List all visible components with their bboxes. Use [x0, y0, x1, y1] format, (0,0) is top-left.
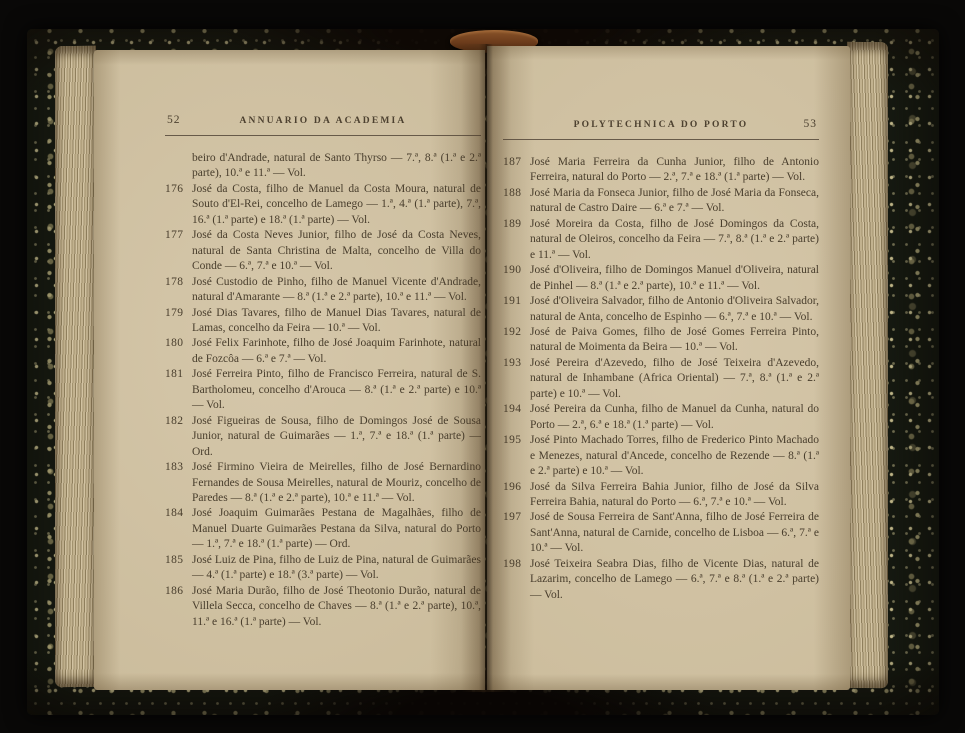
entry-number: 186	[165, 584, 192, 599]
entry-number: 179	[165, 306, 192, 321]
entry-text: José Firmino Vieira de Meirelles, filho …	[192, 461, 481, 504]
entry-number: 184	[165, 506, 192, 521]
entry-number: 193	[503, 356, 530, 371]
entry-text: José Joaquim Guimarães Pestana de Magalh…	[192, 507, 481, 550]
entry-number: 190	[503, 263, 530, 278]
entry-text: José Maria Ferreira da Cunha Junior, fil…	[530, 156, 819, 183]
entry-number: 176	[165, 182, 192, 197]
entry-text: José Moreira da Costa, filho de José Dom…	[530, 218, 819, 261]
entry-number: 180	[165, 336, 192, 351]
register-entry: 196José da Silva Ferreira Bahia Junior, …	[503, 480, 819, 511]
entry-text: José d'Oliveira Salvador, filho de Anton…	[530, 295, 819, 322]
register-entry: 189José Moreira da Costa, filho de José …	[503, 217, 819, 263]
register-entry: 192José de Paiva Gomes, filho de José Go…	[503, 325, 819, 356]
entry-list: 187José Maria Ferreira da Cunha Junior, …	[503, 155, 819, 603]
right-page-edges	[847, 42, 888, 688]
entry-number: 197	[503, 510, 530, 525]
entry-number: 189	[503, 217, 530, 232]
entry-text: José Felix Farinhote, filho de José Joaq…	[192, 337, 481, 364]
register-entry: 198José Teixeira Seabra Dias, filho de V…	[503, 557, 819, 603]
running-title: ANNUARIO DA ACADEMIA	[165, 116, 481, 126]
register-entry: 191José d'Oliveira Salvador, filho de An…	[503, 294, 819, 325]
register-entry: 180José Felix Farinhote, filho de José J…	[165, 336, 481, 367]
register-entry: 176José da Costa, filho de Manuel da Cos…	[165, 182, 481, 228]
register-entry: 187José Maria Ferreira da Cunha Junior, …	[503, 155, 819, 186]
entry-text: José da Costa, filho de Manuel da Costa …	[192, 183, 481, 226]
entry-number: 194	[503, 402, 530, 417]
register-entry: 184José Joaquim Guimarães Pestana de Mag…	[165, 506, 481, 552]
entry-text: José Pereira da Cunha, filho de Manuel d…	[530, 403, 819, 430]
photo-background: 52 ANNUARIO DA ACADEMIA beiro d'Andrade,…	[0, 0, 965, 733]
entry-text: José d'Oliveira, filho de Domingos Manue…	[530, 264, 819, 291]
entry-text: José Maria da Fonseca Junior, filho de J…	[530, 187, 819, 214]
entry-number: 177	[165, 228, 192, 243]
entry-number: 182	[165, 414, 192, 429]
entry-list: beiro d'Andrade, natural de Santo Thyrso…	[165, 151, 481, 630]
entry-text: José da Costa Neves Junior, filho de Jos…	[192, 229, 481, 272]
entry-number: 198	[503, 557, 530, 572]
right-page-content: POLYTECHNICA DO PORTO 53 187José Maria F…	[503, 118, 819, 603]
running-title: POLYTECHNICA DO PORTO	[503, 120, 819, 130]
register-entry: 186José Maria Durão, filho de José Theot…	[165, 584, 481, 630]
register-entry: 179José Dias Tavares, filho de Manuel Di…	[165, 306, 481, 337]
right-page: POLYTECHNICA DO PORTO 53 187José Maria F…	[487, 46, 850, 690]
entry-text: José da Silva Ferreira Bahia Junior, fil…	[530, 481, 819, 508]
entry-text: José Dias Tavares, filho de Manuel Dias …	[192, 307, 481, 334]
entry-number: 188	[503, 186, 530, 201]
entry-number: 183	[165, 460, 192, 475]
register-entry: 178José Custodio de Pinho, filho de Manu…	[165, 275, 481, 306]
left-page: 52 ANNUARIO DA ACADEMIA beiro d'Andrade,…	[94, 50, 485, 690]
entry-text: José Maria Durão, filho de José Theotoni…	[192, 585, 481, 628]
left-page-header: 52 ANNUARIO DA ACADEMIA	[165, 114, 481, 129]
header-rule	[503, 139, 819, 140]
entry-text: José Luiz de Pina, filho de Luiz de Pina…	[192, 554, 481, 581]
left-page-content: 52 ANNUARIO DA ACADEMIA beiro d'Andrade,…	[165, 114, 481, 630]
entry-number: 196	[503, 480, 530, 495]
register-entry: 183José Firmino Vieira de Meirelles, fil…	[165, 460, 481, 506]
entry-number: 195	[503, 433, 530, 448]
entry-number: 191	[503, 294, 530, 309]
entry-number: 181	[165, 367, 192, 382]
entry-text: José Figueiras de Sousa, filho de Doming…	[192, 415, 481, 458]
header-rule	[165, 135, 481, 136]
entry-number: 187	[503, 155, 530, 170]
entry-number: 192	[503, 325, 530, 340]
register-entry: 181José Ferreira Pinto, filho de Francis…	[165, 367, 481, 413]
register-entry: beiro d'Andrade, natural de Santo Thyrso…	[165, 151, 481, 182]
register-entry: 182José Figueiras de Sousa, filho de Dom…	[165, 414, 481, 460]
register-entry: 185José Luiz de Pina, filho de Luiz de P…	[165, 553, 481, 584]
right-page-header: POLYTECHNICA DO PORTO 53	[503, 118, 819, 133]
entry-text: José Custodio de Pinho, filho de Manuel …	[192, 276, 481, 303]
page-number: 53	[804, 118, 818, 130]
register-entry: 194José Pereira da Cunha, filho de Manue…	[503, 402, 819, 433]
register-entry: 188José Maria da Fonseca Junior, filho d…	[503, 186, 819, 217]
entry-number: 178	[165, 275, 192, 290]
entry-text: José Pinto Machado Torres, filho de Fred…	[530, 434, 819, 477]
entry-text: José de Sousa Ferreira de Sant'Anna, fil…	[530, 511, 819, 554]
register-entry: 193José Pereira d'Azevedo, filho de José…	[503, 356, 819, 402]
entry-text: José Ferreira Pinto, filho de Francisco …	[192, 368, 481, 411]
register-entry: 177José da Costa Neves Junior, filho de …	[165, 228, 481, 274]
entry-text: José de Paiva Gomes, filho de José Gomes…	[530, 326, 819, 353]
left-page-edges	[55, 46, 96, 687]
entry-number: 185	[165, 553, 192, 568]
entry-text: beiro d'Andrade, natural de Santo Thyrso…	[192, 152, 481, 179]
entry-text: José Teixeira Seabra Dias, filho de Vice…	[530, 558, 819, 601]
register-entry: 190José d'Oliveira, filho de Domingos Ma…	[503, 263, 819, 294]
entry-text: José Pereira d'Azevedo, filho de José Te…	[530, 357, 819, 400]
register-entry: 195José Pinto Machado Torres, filho de F…	[503, 433, 819, 479]
register-entry: 197José de Sousa Ferreira de Sant'Anna, …	[503, 510, 819, 556]
